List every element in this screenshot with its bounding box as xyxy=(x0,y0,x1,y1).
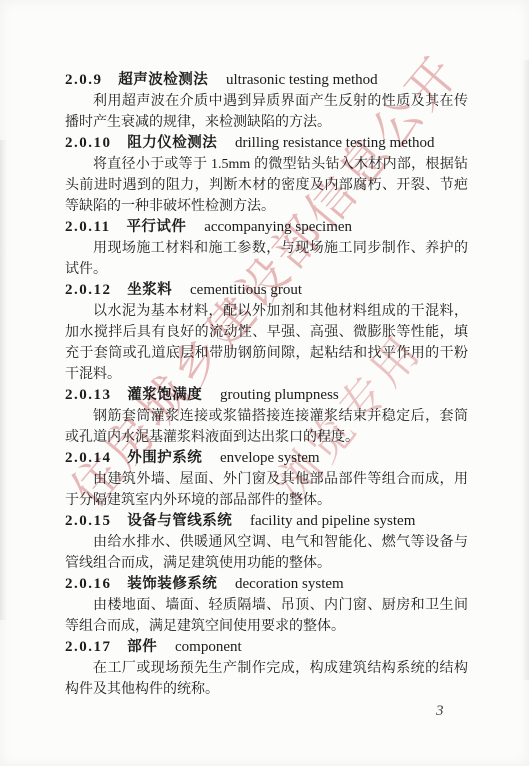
term-number: 2.0.12 xyxy=(65,282,112,298)
term-entry: 2.0.11 平行试件 accompanying specimen 用现场施工材… xyxy=(65,217,468,280)
term-entry: 2.0.14 外围护系统 envelope system 由建筑外墙、屋面、外门… xyxy=(65,448,468,511)
term-entry: 2.0.15 设备与管线系统 facility and pipeline sys… xyxy=(65,511,468,574)
term-number: 2.0.14 xyxy=(65,450,112,466)
term-definition: 在工厂或现场预先生产制作完成，构成建筑结构系统的结构构件及其他构件的统称。 xyxy=(65,658,468,700)
term-number: 2.0.13 xyxy=(65,387,112,403)
scan-artifact-left xyxy=(0,140,7,620)
term-definition: 用现场施工材料和施工参数，与现场施工同步制作、养护的试件。 xyxy=(65,238,468,280)
term-heading: 2.0.17 部件 component xyxy=(65,637,468,658)
term-number: 2.0.17 xyxy=(65,639,112,655)
term-name-en: component xyxy=(175,639,242,655)
term-name-zh: 设备与管线系统 xyxy=(127,513,232,529)
document-page: 住房城乡建设部信息公开 浏览专用 2.0.9 超声波检测法 ultrasonic… xyxy=(0,0,529,766)
term-entry: 2.0.13 灌浆饱满度 grouting plumpness 钢筋套筒灌浆连接… xyxy=(65,385,468,448)
scan-artifact-right xyxy=(522,60,529,680)
term-name-en: accompanying specimen xyxy=(204,219,352,235)
term-number: 2.0.11 xyxy=(65,219,111,235)
term-name-zh: 灌浆饱满度 xyxy=(127,387,202,403)
term-heading: 2.0.16 装饰装修系统 decoration system xyxy=(65,574,468,595)
term-name-zh: 装饰装修系统 xyxy=(127,576,217,592)
term-entry: 2.0.16 装饰装修系统 decoration system 由楼地面、墙面、… xyxy=(65,574,468,637)
term-heading: 2.0.10 阻力仪检测法 drilling resistance testin… xyxy=(65,133,468,154)
term-name-zh: 阻力仪检测法 xyxy=(127,135,217,151)
term-heading: 2.0.15 设备与管线系统 facility and pipeline sys… xyxy=(65,511,468,532)
term-name-zh: 超声波检测法 xyxy=(118,72,208,88)
term-name-en: envelope system xyxy=(220,450,320,466)
term-definition: 由楼地面、墙面、轻质隔墙、吊顶、内门窗、厨房和卫生间等组合而成，满足建筑空间使用… xyxy=(65,595,468,637)
term-definition: 由给水排水、供暖通风空调、电气和智能化、燃气等设备与管线组合而成，满足建筑使用功… xyxy=(65,532,468,574)
term-name-en: facility and pipeline system xyxy=(250,513,415,529)
term-name-en: grouting plumpness xyxy=(220,387,339,403)
term-name-en: ultrasonic testing method xyxy=(226,72,378,88)
term-entry: 2.0.12 坐浆料 cementitious grout 以水泥为基本材料，配… xyxy=(65,280,468,385)
term-entry: 2.0.9 超声波检测法 ultrasonic testing method 利… xyxy=(65,70,468,133)
term-name-zh: 部件 xyxy=(127,639,157,655)
term-number: 2.0.15 xyxy=(65,513,112,529)
term-number: 2.0.10 xyxy=(65,135,112,151)
term-definition: 以水泥为基本材料，配以外加剂和其他材料组成的干混料，加水搅拌后具有良好的流动性、… xyxy=(65,301,468,385)
term-number: 2.0.16 xyxy=(65,576,112,592)
term-definition: 钢筋套筒灌浆连接或浆锚搭接连接灌浆结束并稳定后，套筒或孔道内水泥基灌浆料液面到达… xyxy=(65,406,468,448)
term-name-en: decoration system xyxy=(235,576,344,592)
term-heading: 2.0.12 坐浆料 cementitious grout xyxy=(65,280,468,301)
term-name-zh: 坐浆料 xyxy=(127,282,172,298)
page-number: 3 xyxy=(436,703,444,720)
term-name-zh: 外围护系统 xyxy=(127,450,202,466)
term-heading: 2.0.13 灌浆饱满度 grouting plumpness xyxy=(65,385,468,406)
term-entry: 2.0.17 部件 component 在工厂或现场预先生产制作完成，构成建筑结… xyxy=(65,637,468,700)
term-name-en: drilling resistance testing method xyxy=(235,135,435,151)
term-entry: 2.0.10 阻力仪检测法 drilling resistance testin… xyxy=(65,133,468,217)
term-definition: 将直径小于或等于 1.5mm 的微型钻头钻入木材内部，根据钻头前进时遇到的阻力，… xyxy=(65,154,468,217)
terminology-section: 2.0.9 超声波检测法 ultrasonic testing method 利… xyxy=(65,70,468,700)
term-heading: 2.0.14 外围护系统 envelope system xyxy=(65,448,468,469)
term-definition: 利用超声波在介质中遇到异质界面产生反射的性质及其在传播时产生衰减的规律，来检测缺… xyxy=(65,91,468,133)
term-heading: 2.0.9 超声波检测法 ultrasonic testing method xyxy=(65,70,468,91)
term-name-en: cementitious grout xyxy=(190,282,302,298)
term-number: 2.0.9 xyxy=(65,72,103,88)
term-definition: 由建筑外墙、屋面、外门窗及其他部品部件等组合而成，用于分隔建筑室内外环境的部品部… xyxy=(65,469,468,511)
term-heading: 2.0.11 平行试件 accompanying specimen xyxy=(65,217,468,238)
term-name-zh: 平行试件 xyxy=(126,219,186,235)
